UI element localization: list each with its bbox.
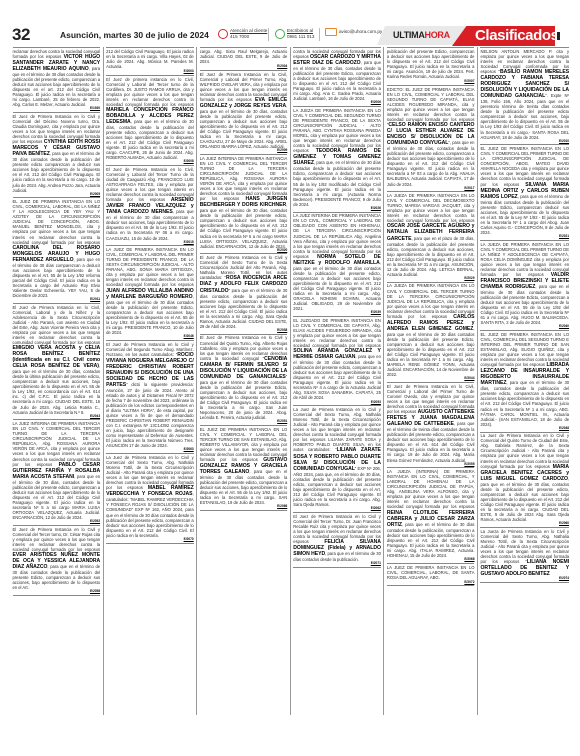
legal-notice: LA JUEZA DE PRIMERA INSTANCIA EN LO CIVI… bbox=[387, 192, 475, 282]
classifieds-columns: reclamar derechos contra la sociedad con… bbox=[10, 47, 572, 715]
notice-text-tail: " dictó la siguiente providencia: Asunci… bbox=[106, 382, 194, 449]
contact-whatsapp: Escribinos al0981 111 013 bbox=[275, 28, 314, 39]
column-5: publicación del presente Edicto, compare… bbox=[384, 47, 478, 715]
notice-text-tail: , para que en el término de 30 días cont… bbox=[387, 326, 475, 377]
notice-text: El Juez de primera instancia en lo Civil… bbox=[106, 77, 194, 107]
notice-reference-code: E/2039 bbox=[293, 311, 381, 315]
column-3: cargo. Abg. Sixto Raul Melgarejo, Actuar… bbox=[197, 47, 291, 715]
legal-notice: La Juez de Primera Instancia en lo Civil… bbox=[480, 433, 569, 528]
contact-whatsapp-value: 0981 111 013 bbox=[287, 34, 314, 39]
notice-text: El Juez de Primera Instancia en lo Civil… bbox=[13, 305, 101, 345]
notice-text: LA JUEZ DE PRIMERA INSTANCIA EN LO CIVIL… bbox=[106, 247, 194, 287]
notice-reference-code: E/2058 bbox=[13, 590, 101, 594]
notice-text: La Juez de Primera Instancia en lo Civil… bbox=[293, 407, 381, 452]
legal-notice: La Juez de Primera Instancia en lo Civil… bbox=[106, 454, 194, 543]
notice-reference-code: E/2026 bbox=[293, 207, 381, 211]
notice-reference-code: E/2068 bbox=[387, 558, 475, 562]
legal-notice: El Juez de Primera Instancia en lo Civil… bbox=[200, 254, 288, 334]
contact-email: aviso@uhora.com.py bbox=[325, 28, 382, 36]
notice-reference-code: E/2048 bbox=[480, 427, 569, 431]
notice-reference-code: E/2063 bbox=[106, 448, 194, 452]
notice-reference-code: E/2004 bbox=[200, 65, 288, 69]
legal-notice: publicación del presente Edicto, compare… bbox=[387, 47, 475, 86]
notice-reference-code: E/2074 bbox=[480, 577, 569, 581]
section-title: Clasificados bbox=[475, 27, 559, 45]
notice-text-tail: , para que en el término de 30 días, con… bbox=[200, 103, 288, 149]
brand-logo-b: HORA bbox=[425, 30, 450, 40]
legal-notice: LA JUEZ DE PRIMERA INSTANCIA EN LO CIVIL… bbox=[106, 246, 194, 340]
legal-notice: La Juez de Primera Instancia en lo Civil… bbox=[293, 406, 381, 512]
notice-reference-code: E/2009 bbox=[200, 149, 288, 153]
notice-text-tail: , para que en el término de 30 días cont… bbox=[106, 294, 194, 335]
notice-text: publicación del presente Edicto, compare… bbox=[387, 49, 475, 79]
phone-icon bbox=[218, 29, 228, 39]
notice-reference-code: E/2038 bbox=[200, 329, 288, 333]
notice-text-tail: ", para que en el término de 30 días, co… bbox=[387, 140, 475, 186]
notice-text-tail: , para que en el término de 30 días, con… bbox=[13, 363, 101, 414]
mail-icon bbox=[325, 28, 337, 36]
notice-text: 212 del Código Civil Paraguayo. El juici… bbox=[106, 49, 194, 69]
notice-text: EL JUEZ DE PRIMERA INSTANCIA EN LO CIVIL… bbox=[13, 199, 101, 244]
notice-text-tail: , para que en el término de 30 días cont… bbox=[200, 469, 288, 505]
header-divider bbox=[268, 28, 269, 41]
notice-reference-code: E/2015 bbox=[106, 241, 194, 245]
notice-text-tail: , para que en el término de 30 días, con… bbox=[293, 60, 381, 101]
notice-text-tail: , para que en el término de 30 días cont… bbox=[293, 354, 381, 400]
legal-notice: EL JUEZ DE PRIMERA INSTANCIA EN LO CIVIL… bbox=[13, 198, 101, 303]
legal-notice: El Juez de Primera Instancia en lo Civil… bbox=[13, 113, 101, 198]
legal-notice: contra la sociedad conyugal formada por … bbox=[293, 47, 381, 107]
notice-text: El Juez de Primera Instancia en lo Civil… bbox=[13, 527, 101, 552]
notice-reference-code: E/2017 bbox=[387, 187, 475, 191]
notice-reference-code: E/2070 bbox=[106, 538, 194, 542]
notice-reference-code: E/2044 bbox=[387, 377, 475, 381]
legal-notice: reclamar derechos contra la sociedad con… bbox=[13, 47, 101, 113]
legal-notice: EL JUEZ DE PRIMERA INSTANCIA EN LO CIVIL… bbox=[480, 145, 569, 240]
legal-notice: EDICTO: EL JUEZ DE PRIMERA INSTANCIA EN … bbox=[387, 86, 475, 192]
newspaper-page: 32 Asunción, martes 30 de julio de 2024 … bbox=[0, 0, 580, 756]
legal-notice: El Juez de Primera Instancia en lo Civil… bbox=[200, 335, 288, 426]
notice-reference-code: E/2043 bbox=[13, 415, 101, 419]
column-2: 212 del Código Civil Paraguayo. El juici… bbox=[104, 47, 198, 715]
notice-reference-code: E/2003 bbox=[106, 70, 194, 74]
legal-notice: cargo. Abg. Sixto Raul Melgarejo, Actuar… bbox=[200, 47, 288, 71]
notice-text-tail: , caratulados: "MABEL RAMIREZ VERDECCHIA… bbox=[106, 491, 194, 537]
notice-text: LA JUEZ INTERINA DE PRIMERA INSTANCIA EN… bbox=[200, 156, 288, 201]
notice-text: EL JUZGADO DE PRIMERA INSTANCIA EN LO CI… bbox=[293, 318, 381, 348]
legal-notice: El Juez de Primera Instancia en lo Civil… bbox=[387, 383, 475, 468]
notice-reference-code: E/2005 bbox=[13, 193, 101, 197]
legal-notice: LA JUEZ INTERINA DE PRIMERA INSTANCIA EN… bbox=[293, 213, 381, 317]
brand-logo: ULTIMAHORA bbox=[393, 30, 450, 40]
legal-notice: El Juez de Primera Instancia en lo Civil… bbox=[13, 304, 101, 421]
notice-text: EL JUEZ DE PRIMERA INSTANCIA EN LO CIVIL… bbox=[480, 146, 569, 186]
legal-notice: LA JUEZ DE PRIMERA INSTANCIA EN LO CIVIL… bbox=[387, 564, 475, 587]
notice-reference-code: E/2011 bbox=[13, 298, 101, 302]
notice-reference-code: E/2051 bbox=[200, 420, 288, 424]
column-6: NELSON ANTOLIN MERCADO P. cita y emplaza… bbox=[478, 47, 572, 715]
notice-reference-code: E/2052 bbox=[13, 520, 101, 524]
notice-text-tail: , para que en el término de 30 días cont… bbox=[13, 151, 101, 192]
page-number: 32 bbox=[12, 26, 30, 44]
notice-text-tail: , para que en el término de 30 días, con… bbox=[106, 119, 194, 160]
legal-notice: La Jueza de Primera Instancia en lo Civi… bbox=[480, 528, 569, 583]
legal-notice: El Juez de Primera Instancia en lo Civil… bbox=[13, 526, 101, 596]
notice-text: LA JUEZA (INTERINA) DE PRIMERA INSTANCIA… bbox=[387, 469, 475, 509]
notice-party-names: EMIGDIO VERA ACOSTA y CELIA ROSA BENÍTEZ… bbox=[13, 345, 101, 369]
section-marker bbox=[557, 32, 560, 40]
whatsapp-icon bbox=[275, 29, 285, 39]
legal-notice: LA JUEZA DE PRIMERA INSTANCIA EN LO CIVI… bbox=[387, 283, 475, 383]
notice-text: EDICTO: EL JUEZ DE PRIMERA INSTANCIA EN … bbox=[387, 87, 475, 127]
contact-email-value: aviso@uhora.com.py bbox=[339, 29, 382, 34]
notice-text-tail: , para que en el término de 30 días, con… bbox=[13, 474, 101, 520]
legal-notice: EL JUEZ DE PRIMERA INSTANCIA EN LO CIVIL… bbox=[480, 331, 569, 432]
notice-text-tail: " para que en el término de 30 días cont… bbox=[200, 288, 288, 329]
column-1: reclamar derechos contra la sociedad con… bbox=[10, 47, 104, 715]
notice-text-tail: , para que en el término de 30 días cont… bbox=[13, 66, 101, 107]
notice-text-tail: , para que en el plazo de 30 días, conta… bbox=[387, 236, 475, 277]
notice-reference-code: E/2062 bbox=[293, 507, 381, 511]
notice-text: LA JUEZA DE PRIMERA INSTANCIA EN LO CIVI… bbox=[387, 193, 475, 223]
notice-text-tail: , para que en el término de treinta días… bbox=[480, 194, 569, 235]
notice-reference-code: E/2071 bbox=[293, 562, 381, 566]
notice-text-tail: , para que en el término de treinta días… bbox=[387, 421, 475, 462]
page-header: 32 Asunción, martes 30 de julio de 2024 … bbox=[0, 26, 580, 46]
notice-reference-code: E/1930 bbox=[13, 107, 101, 111]
legal-notice: LA JUEZA (INTERINA) DE PRIMERA INSTANCIA… bbox=[387, 468, 475, 563]
notice-text-tail: , para que en el término de 30 días, con… bbox=[200, 202, 288, 248]
notice-reference-code: E/2006 bbox=[293, 101, 381, 105]
legal-notice: NELSON ANTOLIN MERCADO P. cita y emplaza… bbox=[480, 47, 569, 145]
legal-notice: El Juez de Primera Instancia en lo Civil… bbox=[106, 341, 194, 455]
issue-date: Asunción, martes 30 de julio de 2024 bbox=[60, 30, 209, 40]
notice-text-tail: , para que en el término de 30 días cont… bbox=[480, 284, 569, 325]
notice-reference-code: E/2053 bbox=[293, 401, 381, 405]
notice-text: LA JUEZA DE PRIMERA INSTANCIA EN LO CIVI… bbox=[293, 108, 381, 153]
notice-text-tail: , para que en el término de 30 días, con… bbox=[480, 476, 569, 522]
column-4: contra la sociedad conyugal formada por … bbox=[291, 47, 385, 715]
legal-notice: LA JUEZA DE PRIMERA INSTANCIA EN LO CIVI… bbox=[480, 241, 569, 331]
legal-notice: LA JUEZ INTERINA DE PRIMERA INSTANCIA EN… bbox=[200, 155, 288, 254]
notice-party-names: JUAN ALFREDO VILLALBA ANDINO y MARLENE B… bbox=[106, 288, 194, 300]
legal-notice: EL JUEZ DE PRIMERA INSTANCIA EN LO CIVIL… bbox=[200, 426, 288, 511]
notice-text-tail: ". Expte Nº 138, Folio 156, Año 2024, pa… bbox=[480, 93, 569, 139]
notice-text: cargo. Abg. Sixto Raul Melgarejo, Actuar… bbox=[200, 49, 288, 64]
notice-reference-code: E/2060 bbox=[480, 522, 569, 526]
notice-text-tail: , para que, en el término de 30 días con… bbox=[293, 160, 381, 206]
notice-text: LA JUEZ INTERINA DE PRIMERA INSTANCIA EN… bbox=[293, 213, 381, 258]
notice-reference-code: E/2007 bbox=[387, 80, 475, 84]
legal-notice: El Juez de primera instancia en lo Civil… bbox=[106, 76, 194, 166]
legal-notice: EL JUZGADO DE PRIMERA INSTANCIA EN LO CI… bbox=[293, 317, 381, 406]
notice-text-tail: , para que en el término de 30 días comp… bbox=[13, 257, 101, 298]
notice-text: LA JUEZ DE PRIMERA INSTANCIA EN LO CIVIL… bbox=[387, 565, 475, 580]
notice-reference-code: E/2020 bbox=[200, 249, 288, 253]
notice-text-tail: " para que en el término de 30 días cont… bbox=[200, 374, 288, 420]
notice-reference-code: E/2029 bbox=[387, 277, 475, 281]
brand-logo-a: ULTIMA bbox=[393, 30, 425, 40]
header-divider bbox=[319, 28, 320, 41]
legal-notice: El Juez de Primera Instancia en lo Civil… bbox=[293, 513, 381, 568]
notice-text: LA JUEZ INTERINA DE PRIMERA INSTANCIA EN… bbox=[13, 421, 101, 466]
notice-reference-code: E/2021 bbox=[480, 235, 569, 239]
legal-notice: 212 del Código Civil Paraguayo. El juici… bbox=[106, 47, 194, 76]
legal-notice: LA JUEZA DE PRIMERA INSTANCIA EN LO CIVI… bbox=[293, 107, 381, 212]
notice-text-tail: , para que en el término de 30 días, con… bbox=[480, 380, 569, 426]
contact-phone-value: 415 7000 bbox=[230, 34, 249, 39]
notice-reference-code: E/2008 bbox=[106, 160, 194, 164]
legal-notice: El Juez de Primera Instancia en lo Civil… bbox=[106, 166, 194, 246]
notice-text-tail: , para que en el término de 30 días cont… bbox=[387, 522, 475, 558]
notice-reference-code: E/2040 bbox=[480, 325, 569, 329]
contact-phone: Atención al cliente415 7000 bbox=[218, 28, 267, 39]
legal-notice: LA JUEZ INTERINA DE PRIMERA INSTANCIA EN… bbox=[13, 420, 101, 525]
legal-notice: El Juez de Primera Instancia en lo Civil… bbox=[200, 71, 288, 155]
notice-reference-code: E/2055 bbox=[387, 463, 475, 467]
notice-text-tail: " EXP Nº 206, AÑO 2024, para que, en el … bbox=[293, 466, 381, 507]
notice-reference-code: E/2066 bbox=[200, 505, 288, 509]
notice-reference-code: E/2046 bbox=[106, 335, 194, 339]
notice-reference-code: E/2010 bbox=[480, 140, 569, 144]
notice-text-tail: , para que en el término de 30 días cont… bbox=[293, 260, 381, 311]
notice-reference-code: E/2072 bbox=[387, 581, 475, 585]
